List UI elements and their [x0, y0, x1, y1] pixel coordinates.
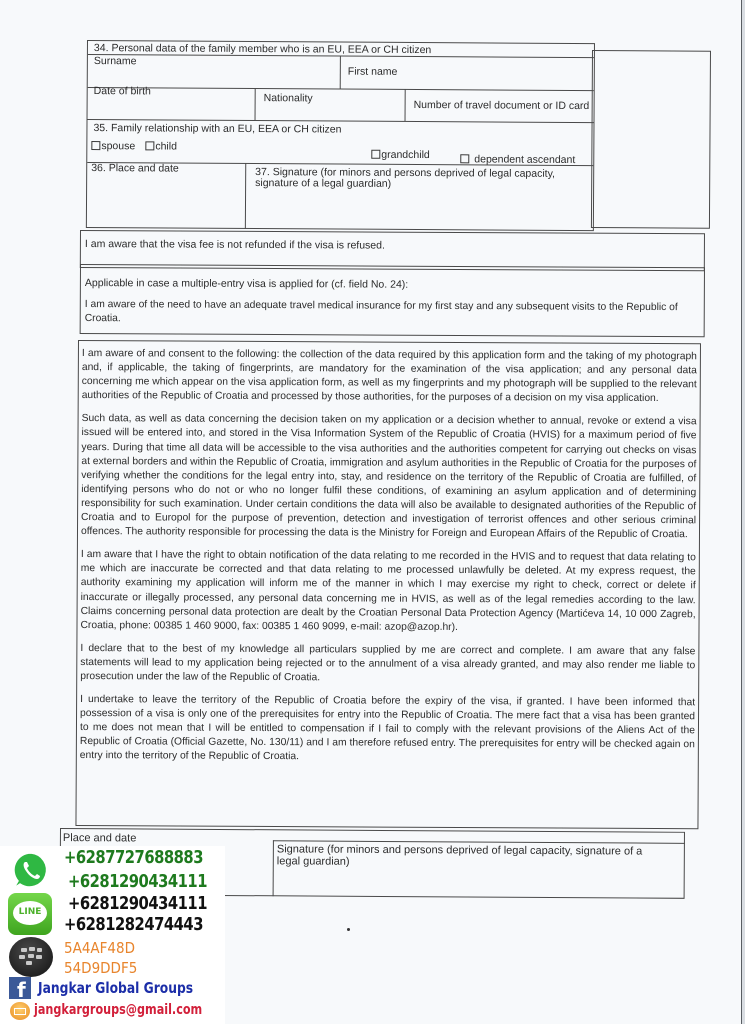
option-child[interactable]: child [145, 140, 177, 152]
contact-ad-overlay: LINE +6287727688883 +6281290434111 +6281… [0, 846, 225, 1024]
signature-field-37[interactable] [246, 164, 594, 231]
spouse-checkbox[interactable] [91, 141, 100, 150]
place-date-label: Place and date [63, 832, 136, 844]
consent-paragraph-undertaking: I undertake to leave the territory of th… [80, 693, 695, 767]
phone-number-4[interactable]: +6281282474443 [64, 914, 203, 935]
option-grandchild[interactable]: grandchild [371, 149, 430, 161]
consent-box: I am aware of and consent to the followi… [75, 340, 701, 829]
travel-doc-field[interactable] [406, 89, 595, 122]
signature-label-line2: legal guardian) [277, 855, 350, 867]
visa-form-page: 34. Personal data of the family member w… [0, 0, 745, 1024]
facebook-page-name[interactable]: Jangkar Global Groups [38, 979, 193, 997]
fee-notice-text: I am aware that the visa fee is not refu… [85, 238, 385, 252]
scan-dot [347, 928, 350, 931]
consent-paragraph-hvis-storage: Such data, as well as data concerning th… [81, 412, 697, 542]
consent-paragraph-rights: I am aware that I have the right to obta… [80, 548, 695, 636]
whatsapp-icon [10, 850, 52, 897]
phone-number-1[interactable]: +6287727688883 [64, 847, 203, 868]
phone-number-2[interactable]: +6281290434111 [68, 871, 207, 892]
nationality-field[interactable] [256, 88, 405, 121]
multi-entry-box: Applicable in case a multiple-entry visa… [80, 264, 705, 337]
family-member-section: 34. Personal data of the family member w… [86, 40, 595, 231]
dob-field[interactable] [88, 87, 255, 120]
consent-paragraph-declaration: I declare that to the best of my knowled… [80, 642, 695, 688]
place-date-field-36[interactable] [87, 163, 245, 229]
consent-paragraph-data-collection: I am aware of and consent to the followi… [82, 347, 697, 407]
email-address[interactable]: jangkargroups@gmail.com [34, 1002, 202, 1018]
child-checkbox[interactable] [145, 141, 154, 150]
signature-field[interactable] [274, 868, 684, 899]
multi-entry-heading: Applicable in case a multiple-entry visa… [85, 277, 408, 291]
grandchild-checkbox[interactable] [371, 150, 380, 159]
consent-text: I am aware of and consent to the followi… [80, 347, 697, 776]
first-name-field[interactable] [341, 56, 595, 91]
bbm-pin-1: 5A4AF48D [64, 939, 135, 957]
dependent-ascendant-checkbox[interactable] [460, 154, 469, 163]
email-icon [10, 1002, 30, 1020]
facebook-icon: f [9, 977, 31, 999]
multi-entry-text: I am aware of the need to have an adequa… [85, 298, 695, 329]
option-spouse[interactable]: spouse [91, 140, 135, 152]
blackberry-messenger-icon [9, 937, 53, 977]
phone-number-3[interactable]: +6281290434111 [68, 893, 207, 914]
surname-field[interactable] [88, 54, 340, 89]
bbm-pin-2: 54D9DDF5 [64, 959, 137, 977]
line-icon: LINE [8, 893, 52, 935]
photo-box [591, 50, 711, 229]
section-35-title: 35. Family relationship with an EU, EEA … [93, 122, 341, 136]
